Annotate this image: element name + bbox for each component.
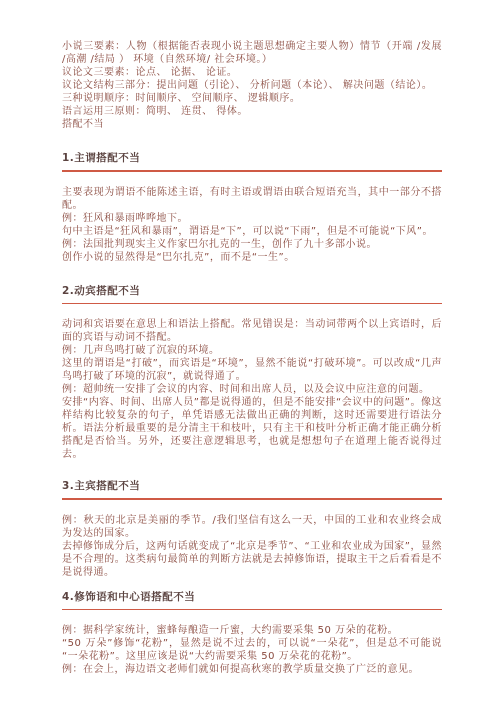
section-verb-object: 2.动宾搭配不当 动词和宾语要在意思上和语法上搭配。常见错误是：当动词带两个以上… bbox=[62, 264, 442, 462]
example-line: 例：在会上，海边语文老师们就如何提高秋寒的教学质量交换了广泛的意见。 bbox=[62, 663, 442, 676]
section-subject-predicate: 1.主谓搭配不当 主要表现为谓语不能陈述主语，有时主语或谓语由联合短语充当，其中… bbox=[62, 131, 442, 264]
section-heading: 2.动宾搭配不当 bbox=[62, 264, 442, 298]
intro-line-novel-elements: 小说三要素：人物（根据能否表现小说主题思想确定主要人物）情节（开端 /发展 /高… bbox=[62, 40, 442, 66]
section-heading: 1.主谓搭配不当 bbox=[62, 131, 442, 165]
example-line: 例：几声鸟鸣打破了沉寂的环境。 bbox=[62, 344, 442, 357]
example-line: 例：秋天的北京是美丽的季节。/我们坚信有这么一天，中国的工业和农业终会成为发达的… bbox=[62, 514, 442, 540]
section-divider bbox=[62, 170, 442, 172]
intro-line-language-principles: 语言运用三原则：简明、 连贯、 得体。 bbox=[62, 105, 442, 118]
paragraph-line: “50 万朵”修饰“花粉”，显然是说不过去的，可以说“一朵花”，但是总不可能说“… bbox=[62, 637, 442, 663]
paragraph-line: 这里的谓语是“打破”，而宾语是“环境”，显然不能说“打破环境”。可以改成“几声鸟… bbox=[62, 357, 442, 383]
section-divider bbox=[62, 498, 442, 500]
intro-line-essay-elements: 议论文三要素：论点、 论据、 论证。 bbox=[62, 66, 442, 79]
example-line: 例：据科学家统计，蜜蜂每酿造一斤蜜，大约需要采集 50 万朵的花粉。 bbox=[62, 624, 442, 637]
section-divider bbox=[62, 303, 442, 305]
paragraph-line: 主要表现为谓语不能陈述主语，有时主语或谓语由联合短语充当，其中一部分不搭配。 bbox=[62, 186, 442, 212]
section-heading: 4.修饰语和中心语搭配不当 bbox=[62, 579, 442, 604]
section-subject-object: 3.主宾搭配不当 例：秋天的北京是美丽的季节。/我们坚信有这么一天，中国的工业和… bbox=[62, 461, 442, 579]
example-line: 例：狂风和暴雨哗哗地下。 bbox=[62, 212, 442, 225]
intro-line-explain-orders: 三种说明顺序：时间顺序、 空间顺序、 逻辑顺序。 bbox=[62, 92, 442, 105]
paragraph-line: 安排“内容、时间、出席人员”都是说得通的，但是不能安排“会议中的问题”。像这样结… bbox=[62, 396, 442, 461]
example-line: 例：超帅统一安排了会议的内容、时间和出席人员，以及会议中应注意的问题。 bbox=[62, 383, 442, 396]
section-divider bbox=[62, 609, 442, 611]
section-heading: 3.主宾搭配不当 bbox=[62, 461, 442, 493]
document-page: 小说三要素：人物（根据能否表现小说主题思想确定主要人物）情节（开端 /发展 /高… bbox=[0, 0, 500, 707]
intro-line-essay-structure: 议论文结构三部分：提出问题（引论）、 分析问题（本论）、 解决问题（结论）。 bbox=[62, 79, 442, 92]
paragraph-line: 动词和宾语要在意思上和语法上搭配。常见错误是：当动词带两个以上宾语时，后面的宾语… bbox=[62, 318, 442, 344]
paragraph-line: 去掉修饰成分后，这两句话就变成了“北京是季节”、“工业和农业成为国家”，显然是不… bbox=[62, 540, 442, 579]
intro-line-topic-title: 搭配不当 bbox=[62, 118, 442, 131]
paragraph-line: 句中主语是“狂风和暴雨”，谓语是“下”，可以说“下雨”，但是不可能说“下风”。 bbox=[62, 225, 442, 238]
intro-block: 小说三要素：人物（根据能否表现小说主题思想确定主要人物）情节（开端 /发展 /高… bbox=[62, 40, 442, 131]
paragraph-line: 创作小说的显然得是“巴尔扎克”，而不是“一生”。 bbox=[62, 251, 442, 264]
example-line: 例：法国批判现实主义作家巴尔扎克的一生，创作了九十多部小说。 bbox=[62, 238, 442, 251]
section-modifier-head: 4.修饰语和中心语搭配不当 例：据科学家统计，蜜蜂每酿造一斤蜜，大约需要采集 5… bbox=[62, 579, 442, 677]
